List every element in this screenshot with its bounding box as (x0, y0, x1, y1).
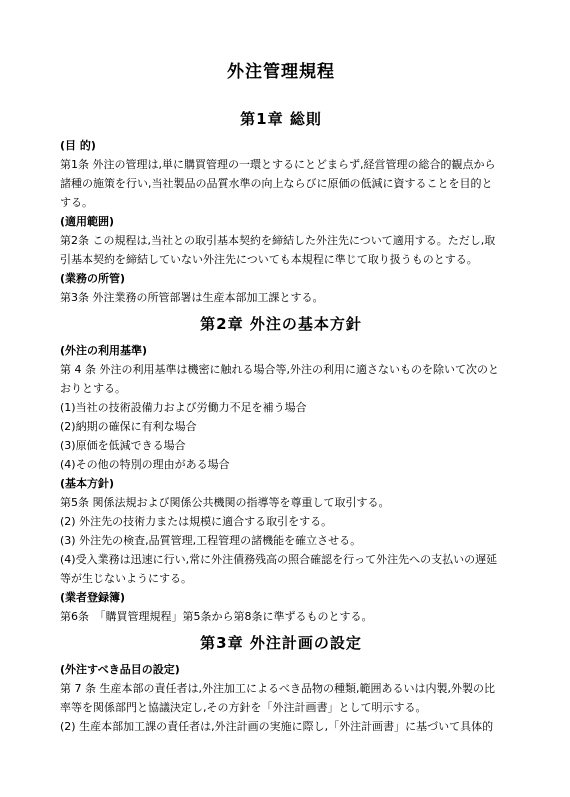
chapter-heading: 第1章 総則 (60, 108, 502, 130)
text-line: (3)原価を低減できる場合 (60, 436, 502, 455)
text-line: 第1章 総則 (60, 108, 502, 130)
text-line: 第3章 外注計画の設定 (60, 632, 502, 654)
section-label: (目 的) (60, 136, 502, 155)
text-line: (適用範囲) (60, 212, 502, 231)
document-page: 外注管理規程 第1章 総則(目 的)第1条 外注の管理は,単に購買管理の一環とす… (0, 0, 570, 797)
document-title: 外注管理規程 (60, 60, 502, 84)
paragraph: (3)原価を低減できる場合 (60, 436, 502, 455)
text-line: (4)受入業務は迅速に行い,常に外注債務残高の照合確認を行って外注先への支払いの… (60, 550, 502, 569)
section-label: (基本方針) (60, 474, 502, 493)
paragraph: (4)その他の特別の理由がある場合 (60, 455, 502, 474)
section-label: (外注の利用基準) (60, 341, 502, 360)
text-line: 諸種の施策を行い,当社製品の品質水準の向上ならびに原価の低減に資することを目的と (60, 174, 502, 193)
section-label: (業者登録簿) (60, 588, 502, 607)
paragraph: 第 7 条 生産本部の責任者は,外注加工によるべき品物の種類,範囲あるいは内製,… (60, 679, 502, 717)
text-line: 第5条 関係法規および関係公共機関の指導等を尊重して取引する。 (60, 493, 502, 512)
paragraph: (1)当社の技術設備力および労働力不足を補う場合 (60, 398, 502, 417)
text-line: 第6条 「購買管理規程」第5条から第8条に準ずるものとする。 (60, 607, 502, 626)
text-line: 第2章 外注の基本方針 (60, 313, 502, 335)
text-line: する。 (60, 193, 502, 212)
chapter-heading: 第2章 外注の基本方針 (60, 313, 502, 335)
section-label: (業務の所管) (60, 269, 502, 288)
text-line: (業務の所管) (60, 269, 502, 288)
text-line: 引基本契約を締結していない外注先についても本規程に準じて取り扱うものとする。 (60, 250, 502, 269)
text-line: (外注の利用基準) (60, 341, 502, 360)
paragraph: 第 4 条 外注の利用基準は機密に触れる場合等,外注の利用に適さないものを除いて… (60, 360, 502, 398)
text-line: 第 4 条 外注の利用基準は機密に触れる場合等,外注の利用に適さないものを除いて… (60, 360, 502, 379)
paragraph: (2) 生産本部加工課の責任者は,外注計画の実施に際し,「外注計画書」に基づいて… (60, 717, 502, 736)
text-line: 第3条 外注業務の所管部署は生産本部加工課とする。 (60, 288, 502, 307)
text-line: (基本方針) (60, 474, 502, 493)
paragraph: (3) 外注先の検査,品質管理,工程管理の諸機能を確立させる。 (60, 531, 502, 550)
text-line: (外注すべき品目の設定) (60, 660, 502, 679)
text-line: 第 7 条 生産本部の責任者は,外注加工によるべき品物の種類,範囲あるいは内製,… (60, 679, 502, 698)
text-line: (目 的) (60, 136, 502, 155)
paragraph: (2)納期の確保に有利な場合 (60, 417, 502, 436)
section-label: (適用範囲) (60, 212, 502, 231)
paragraph: 第1条 外注の管理は,単に購買管理の一環とするにとどまらず,経営管理の総合的観点… (60, 155, 502, 212)
text-line: (2) 生産本部加工課の責任者は,外注計画の実施に際し,「外注計画書」に基づいて… (60, 717, 502, 736)
paragraph: (2) 外注先の技術力または規模に適合する取引をする。 (60, 512, 502, 531)
paragraph: 第2条 この規程は,当社との取引基本契約を締結した外注先について適用する。ただし… (60, 231, 502, 269)
text-line: (1)当社の技術設備力および労働力不足を補う場合 (60, 398, 502, 417)
text-line: (4)その他の特別の理由がある場合 (60, 455, 502, 474)
text-line: 等が生じないようにする。 (60, 569, 502, 588)
paragraph: 第5条 関係法規および関係公共機関の指導等を尊重して取引する。 (60, 493, 502, 512)
paragraph: (4)受入業務は迅速に行い,常に外注債務残高の照合確認を行って外注先への支払いの… (60, 550, 502, 588)
text-line: おりとする。 (60, 379, 502, 398)
text-line: (2) 外注先の技術力または規模に適合する取引をする。 (60, 512, 502, 531)
text-line: 率等を関係部門と協議決定し,その方針を「外注計画書」として明示する。 (60, 698, 502, 717)
paragraph: 第6条 「購買管理規程」第5条から第8条に準ずるものとする。 (60, 607, 502, 626)
text-line: 第2条 この規程は,当社との取引基本契約を締結した外注先について適用する。ただし… (60, 231, 502, 250)
document-body: 第1章 総則(目 的)第1条 外注の管理は,単に購買管理の一環とするにとどまらず… (60, 108, 502, 736)
section-label: (外注すべき品目の設定) (60, 660, 502, 679)
text-line: (2)納期の確保に有利な場合 (60, 417, 502, 436)
text-line: (3) 外注先の検査,品質管理,工程管理の諸機能を確立させる。 (60, 531, 502, 550)
text-line: (業者登録簿) (60, 588, 502, 607)
text-line: 第1条 外注の管理は,単に購買管理の一環とするにとどまらず,経営管理の総合的観点… (60, 155, 502, 174)
paragraph: 第3条 外注業務の所管部署は生産本部加工課とする。 (60, 288, 502, 307)
chapter-heading: 第3章 外注計画の設定 (60, 632, 502, 654)
